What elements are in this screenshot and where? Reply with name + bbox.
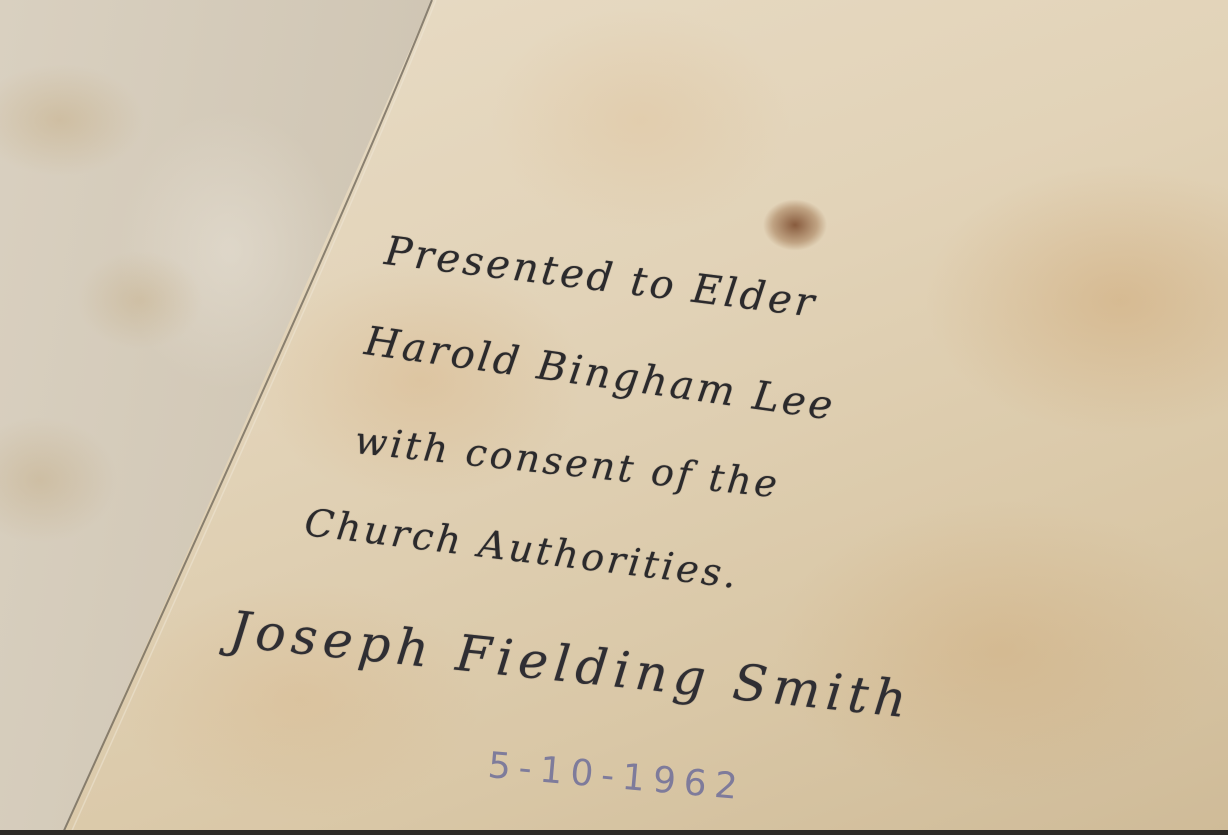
handwritten-inscription: Presented to Elder Harold Bingham Lee wi… [0,0,1228,835]
inscription-line-2: Harold Bingham Lee [362,318,839,430]
book-photo: Presented to Elder Harold Bingham Lee wi… [0,0,1228,835]
inscription-line-1: Presented to Elder [382,228,819,327]
bottom-border [0,830,1228,835]
signature: Joseph Fielding Smith [227,600,915,729]
inscription-line-4: Church Authorities. [302,500,741,597]
inscription-line-3: with consent of the [353,418,782,506]
inscription-date: 5-10-1962 [486,745,747,808]
